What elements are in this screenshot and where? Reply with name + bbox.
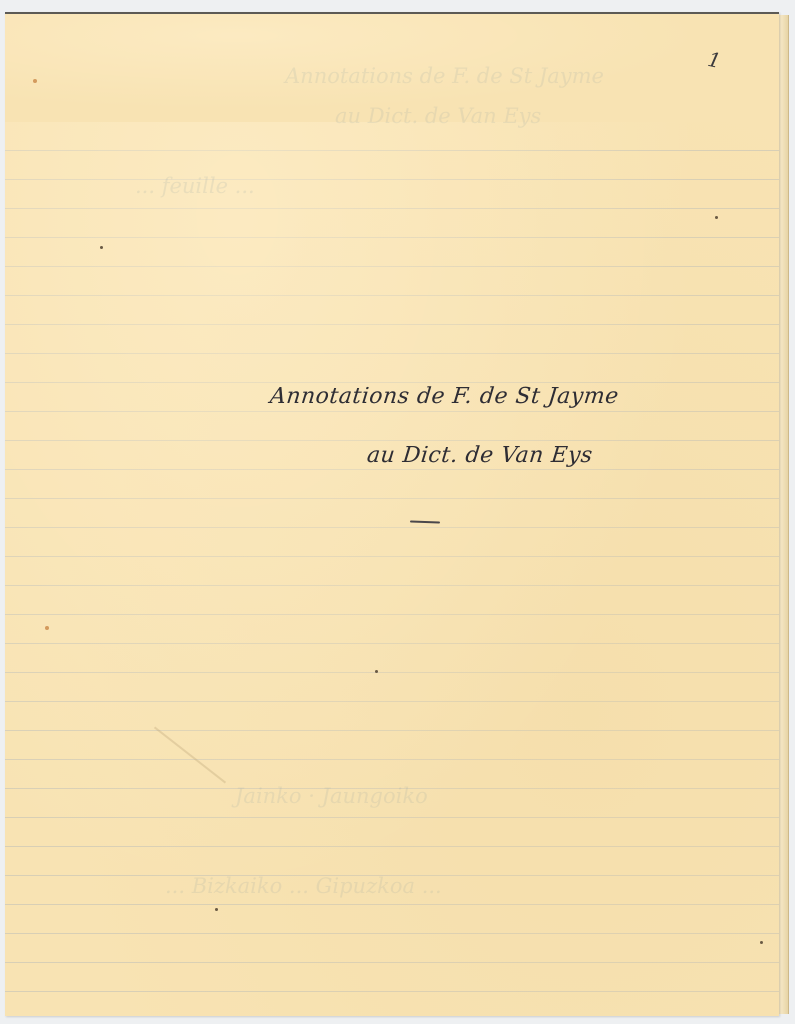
ink-speck (100, 246, 103, 249)
ink-speck (375, 670, 378, 673)
rust-spot (45, 626, 49, 630)
rust-spot (33, 79, 37, 83)
bleed-through-text: ... Bizkaiko ... Gipuzkoa ... (165, 874, 442, 898)
ink-speck (715, 216, 718, 219)
title-line-1: Annotations de F. de St Jayme (269, 384, 620, 409)
bleed-through-text: Jainko · Jaungoiko (235, 784, 428, 808)
ink-speck (760, 941, 763, 944)
manuscript-page-stack: Annotations de F. de St Jayme au Dict. d… (5, 12, 789, 1016)
paper-crease (154, 727, 226, 784)
title-line-2: au Dict. de Van Eys (366, 443, 594, 468)
bleed-through-text: ... feuille ... (135, 174, 255, 198)
sheet-top-margin (5, 14, 779, 122)
ink-speck (215, 908, 218, 911)
separator-dash (410, 520, 440, 523)
notebook-sheet: Annotations de F. de St Jayme au Dict. d… (5, 12, 779, 1016)
